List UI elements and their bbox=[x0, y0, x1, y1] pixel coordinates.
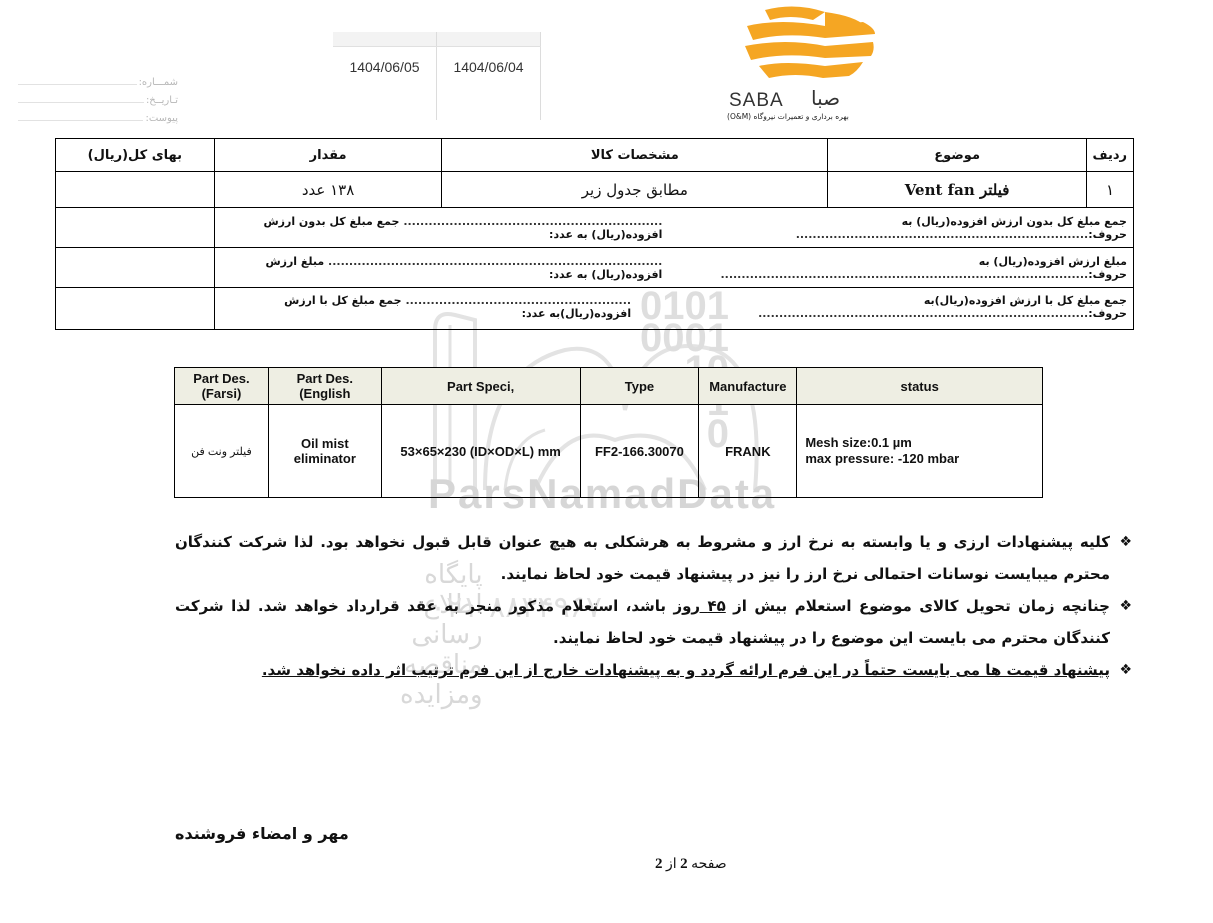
cell-total-price[interactable] bbox=[56, 172, 215, 208]
number-field: شمـــاره: bbox=[18, 70, 178, 88]
header-quantity: مقدار bbox=[214, 139, 442, 172]
header-part-des-farsi: Part Des.(Farsi) bbox=[175, 368, 269, 405]
date-1: 1404/06/05 bbox=[333, 47, 437, 120]
logo-subtitle: بهره برداری و تعمیرات نیروگاه (O&M) bbox=[727, 112, 849, 121]
cell-part-des-english: Oil misteliminator bbox=[268, 405, 381, 498]
diamond-bullet-icon: ❖ bbox=[1119, 654, 1132, 686]
header-specs: مشخصات کالا bbox=[442, 139, 828, 172]
summary-value-vat[interactable] bbox=[56, 248, 215, 288]
letter-meta-fields: شمـــاره: تـاریــخ: پیوست: bbox=[18, 70, 178, 124]
header-subject: موضوع bbox=[828, 139, 1087, 172]
header-row-no: ردیف bbox=[1087, 139, 1134, 172]
cell-status: Mesh size:0.1 µmmax pressure: -120 mbar bbox=[797, 405, 1043, 498]
logo-latin: SABA bbox=[729, 90, 784, 112]
cell-manufacture: FRANK bbox=[699, 405, 797, 498]
summary-value-total-with-vat[interactable] bbox=[56, 288, 215, 330]
cell-quantity: ۱۳۸ عدد bbox=[214, 172, 442, 208]
cell-subject: فیلتر Vent fan bbox=[828, 172, 1087, 208]
note-form-requirement: ❖ پیشنهاد قیمت ها می بایست حتماً در این … bbox=[175, 654, 1132, 686]
cell-part-spec: 53×65×230 (ID×OD×L) mm bbox=[381, 405, 580, 498]
summary-value-total-without-vat[interactable] bbox=[56, 208, 215, 248]
parts-table: Part Des.(Farsi) Part Des.(English Part … bbox=[174, 367, 1043, 498]
saba-logo: SABA صبا بهره برداری و تعمیرات نیروگاه (… bbox=[725, 4, 895, 124]
logo-farsi: صبا bbox=[811, 86, 840, 110]
summary-row-total-with-vat: جمع مبلغ کل با ارزش افزوده(ریال)به حروف:… bbox=[56, 288, 1134, 330]
note-delivery: ❖ چنانچه زمان تحویل کالای موضوع استعلام … bbox=[175, 590, 1132, 654]
inquiry-header-row: ردیف موضوع مشخصات کالا مقدار بهای کل(ریا… bbox=[56, 139, 1134, 172]
cell-specs: مطابق جدول زیر bbox=[442, 172, 828, 208]
table-row: فیلتر ونت فن Oil misteliminator 53×65×23… bbox=[175, 405, 1043, 498]
inquiry-table: ردیف موضوع مشخصات کالا مقدار بهای کل(ریا… bbox=[55, 138, 1134, 330]
terms-notes: ❖ کلیه پیشنهادات ارزی و یا وابسته به نرخ… bbox=[175, 526, 1132, 686]
cell-row-no: ۱ bbox=[1087, 172, 1134, 208]
header-part-spec: Part Speci, bbox=[381, 368, 580, 405]
summary-row-total-without-vat: جمع مبلغ کل بدون ارزش افزوده(ریال) به حر… bbox=[56, 208, 1134, 248]
date-box: 1404/06/05 1404/06/04 bbox=[333, 32, 541, 120]
date-field: تـاریــخ: bbox=[18, 88, 178, 106]
header-manufacture: Manufacture bbox=[699, 368, 797, 405]
header-total-price: بهای کل(ریال) bbox=[56, 139, 215, 172]
diamond-bullet-icon: ❖ bbox=[1119, 526, 1132, 558]
saba-emblem-icon bbox=[725, 4, 895, 88]
diamond-bullet-icon: ❖ bbox=[1119, 590, 1132, 622]
header-part-des-english: Part Des.(English bbox=[268, 368, 381, 405]
note-currency: ❖ کلیه پیشنهادات ارزی و یا وابسته به نرخ… bbox=[175, 526, 1132, 590]
parts-header-row: Part Des.(Farsi) Part Des.(English Part … bbox=[175, 368, 1043, 405]
summary-row-vat: مبلغ ارزش افزوده(ریال) به حروف:.........… bbox=[56, 248, 1134, 288]
delivery-days: ۴۵ روز bbox=[673, 597, 725, 615]
cell-part-des-farsi: فیلتر ونت فن bbox=[175, 405, 269, 498]
header-status: status bbox=[797, 368, 1043, 405]
page-number: صفحه 2 از 2 bbox=[655, 856, 727, 873]
seller-signature-label: مهر و امضاء فروشنده bbox=[175, 824, 349, 843]
header-type: Type bbox=[580, 368, 699, 405]
date-2: 1404/06/04 bbox=[437, 47, 541, 120]
table-row: ۱ فیلتر Vent fan مطابق جدول زیر ۱۳۸ عدد bbox=[56, 172, 1134, 208]
attachment-field: پیوست: bbox=[18, 106, 178, 124]
cell-type: FF2-166.30070 bbox=[580, 405, 699, 498]
